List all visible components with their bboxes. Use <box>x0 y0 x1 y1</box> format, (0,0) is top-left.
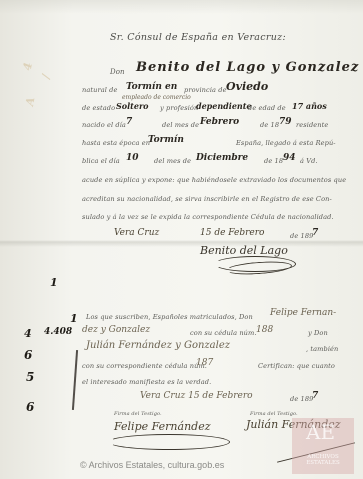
marital-status: Soltero <box>116 101 149 111</box>
witness-2-cedula: 187 <box>196 358 213 368</box>
margin-note: 1 <box>70 312 78 325</box>
printed-text: del mes de <box>154 157 191 165</box>
arrival-day: 10 <box>126 153 139 163</box>
printed-text: Los que suscriben, Españoles matriculado… <box>86 313 253 321</box>
printed-text: Certifican: que cuanto <box>258 362 335 370</box>
margin-note: 5 <box>26 370 34 384</box>
birth-month: Febrero <box>200 117 239 127</box>
archive-logo: AE <box>306 420 335 444</box>
applicant-signature: Benito del Lago <box>200 244 288 257</box>
interlinear-note: empleado de comercio <box>122 94 191 101</box>
printed-text: España, llegado á esta Repú- <box>236 139 336 147</box>
residence: Tormín <box>148 135 184 145</box>
copyright-notice: © Archivos Estatales, cultura.gob.es <box>80 460 224 470</box>
birth-day: 7 <box>126 117 132 127</box>
petition-year: 7 <box>312 228 318 238</box>
printed-text: Don <box>110 68 125 76</box>
margin-note: 6 <box>24 348 32 362</box>
signature-flourish <box>108 434 230 450</box>
printed-text: acreditan su nacionalidad, se sirva insc… <box>82 195 332 203</box>
witness-1-name: Felipe Fernan- <box>270 308 336 318</box>
printed-text: nacido el día <box>82 121 126 129</box>
margin-note: 4 <box>24 327 32 340</box>
age: 17 años <box>292 101 327 111</box>
printed-text: de 189 <box>290 395 313 403</box>
printed-text: de 18 <box>260 121 279 129</box>
birth-year: 79 <box>279 117 292 127</box>
printed-text: de 189 <box>290 232 313 240</box>
printed-text: del mes de <box>162 121 199 129</box>
petition-date: 15 de Febrero <box>200 228 264 238</box>
archive-watermark: AE ARCHIVOS ESTATALES <box>292 418 354 474</box>
witness-1-name-cont: dez y Gonzalez <box>82 325 150 335</box>
petition-place: Vera Cruz <box>114 228 159 238</box>
printed-text: con su correspondiente cédula núm. <box>82 362 207 370</box>
printed-text: el interesado manifiesta es la verdad. <box>82 378 211 386</box>
margin-note: 6 <box>26 400 34 414</box>
margin-note: 1 <box>50 276 58 289</box>
printed-text: y Don <box>308 329 328 337</box>
printed-text: de edad de <box>248 104 286 112</box>
witness-1-cedula: 188 <box>256 325 273 335</box>
applicant-name: Benito del Lago y Gonzalez <box>136 60 359 75</box>
province: Oviedo <box>226 80 268 93</box>
birthplace: Tormín en <box>126 82 177 92</box>
printed-text: y profesión <box>160 104 198 112</box>
printed-text: provincia de <box>184 86 227 94</box>
printed-text: con su cédula núm. <box>190 329 257 337</box>
archive-watermark-text: ARCHIVOS ESTATALES <box>296 454 350 466</box>
witness-2-name: Julián Fernández y Gonzalez <box>86 340 230 351</box>
witness-label-1: Firma del Testigo. <box>114 411 162 417</box>
printed-text: , también <box>306 345 338 353</box>
printed-text: sulado y á la vez se le expida la corres… <box>82 213 334 221</box>
paper-fold-shadow <box>0 0 363 14</box>
printed-text: blica el día <box>82 157 120 165</box>
document-title: Sr. Cónsul de España en Veracruz: <box>110 32 286 43</box>
printed-text: á Vd. <box>300 157 318 165</box>
printed-text: residente <box>296 121 328 129</box>
printed-text: hasta esta época en <box>82 139 150 147</box>
printed-text: de estado <box>82 104 115 112</box>
arrival-year: 94 <box>283 153 296 163</box>
printed-text: natural de <box>82 86 118 94</box>
printed-text: de 18 <box>264 157 283 165</box>
printed-text: acude en súplica y expone: que habiéndos… <box>82 176 346 184</box>
certification-year: 7 <box>312 391 318 401</box>
witness-1-signature: Felipe Fernández <box>114 420 211 433</box>
arrival-month: Diciembre <box>196 153 248 163</box>
margin-note: 4.408 <box>44 327 72 337</box>
witness-label-2: Firma del Testigo. <box>250 411 298 417</box>
certification-date: Vera Cruz 15 de Febrero <box>140 391 253 401</box>
profession: dependiente <box>196 101 252 111</box>
